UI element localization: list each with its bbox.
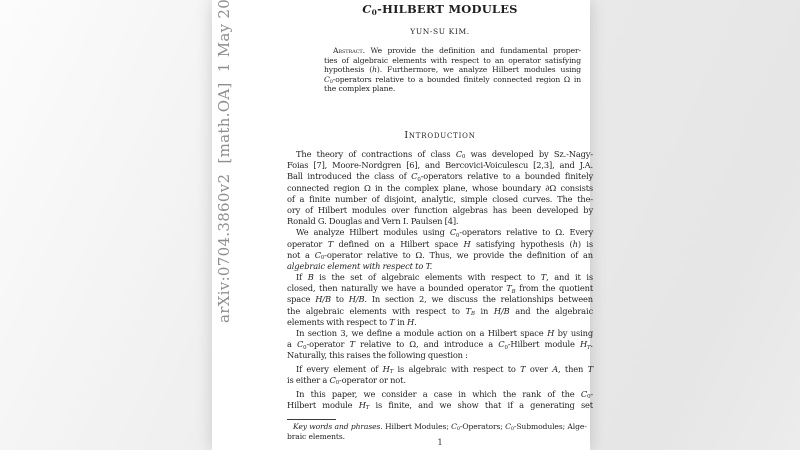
text-line: Naturally, this raises the following que… bbox=[287, 350, 593, 361]
footnote-rule bbox=[287, 419, 336, 420]
text-line: Ball introduced the class of C0-operator… bbox=[287, 171, 593, 182]
text-line: a C0-operator T relative to Ω, and intro… bbox=[287, 339, 593, 350]
text-line: elements with respect to T in H. bbox=[287, 317, 593, 328]
text-line: Foias [7], Moore-Nordgren [6], and Berco… bbox=[287, 160, 593, 171]
text-line: Abstract. We provide the definition and … bbox=[324, 46, 581, 56]
text-line: ory of Hilbert modules over function alg… bbox=[287, 205, 593, 216]
text-line: space H/B to H/B. In section 2, we discu… bbox=[287, 294, 593, 305]
page-number: 1 bbox=[287, 438, 593, 447]
text-line: In this paper, we consider a case in whi… bbox=[287, 389, 593, 400]
text-line: If every element of HT is algebraic with… bbox=[287, 364, 593, 375]
text-line: the complex plane. bbox=[324, 84, 581, 94]
paper-title: C0-HILBERT MODULES bbox=[287, 2, 593, 16]
text-line: algebraic element with respect to T. bbox=[287, 261, 593, 272]
body-text: The theory of contractions of class C0 w… bbox=[287, 149, 593, 411]
text-line: connected region Ω in the complex plane,… bbox=[287, 183, 593, 194]
text-line: In section 3, we define a module action … bbox=[287, 328, 593, 339]
text-line: hypothesis (h). Furthermore, we analyze … bbox=[324, 65, 581, 75]
paper-page: C0-HILBERT MODULES YUN-SU KIM. Abstract.… bbox=[212, 0, 590, 450]
text-line: is either a C0-operator or not. bbox=[287, 375, 593, 386]
paper-author: YUN-SU KIM. bbox=[287, 27, 593, 36]
text-line: closed, then naturally we have a bounded… bbox=[287, 283, 593, 294]
arxiv-watermark: arXiv:0704.3860v2 [math.OA] 1 May 2007 bbox=[215, 25, 233, 323]
text-line: We analyze Hilbert modules using C0-oper… bbox=[287, 227, 593, 238]
text-line: ties of algebraic elements with respect … bbox=[324, 56, 581, 66]
section-heading-introduction: Introduction bbox=[287, 130, 593, 141]
abstract: Abstract. We provide the definition and … bbox=[324, 46, 581, 94]
text-line: of a finite number of disjoint, analytic… bbox=[287, 194, 593, 205]
text-line: The theory of contractions of class C0 w… bbox=[287, 149, 593, 160]
text-line: Key words and phrases. Hilbert Modules; … bbox=[287, 422, 593, 432]
text-line: If B is the set of algebraic elements wi… bbox=[287, 272, 593, 283]
text-line: Hilbert module HT is finite, and we show… bbox=[287, 400, 593, 411]
text-line: the algebraic elements with respect to T… bbox=[287, 306, 593, 317]
text-line: Ronald G. Douglas and Vern I. Paulsen [4… bbox=[287, 216, 593, 227]
text-line: operator T defined on a Hilbert space H … bbox=[287, 239, 593, 250]
text-line: not a C0-operator relative to Ω. Thus, w… bbox=[287, 250, 593, 261]
text-line: C0-operators relative to a bounded finit… bbox=[324, 75, 581, 85]
